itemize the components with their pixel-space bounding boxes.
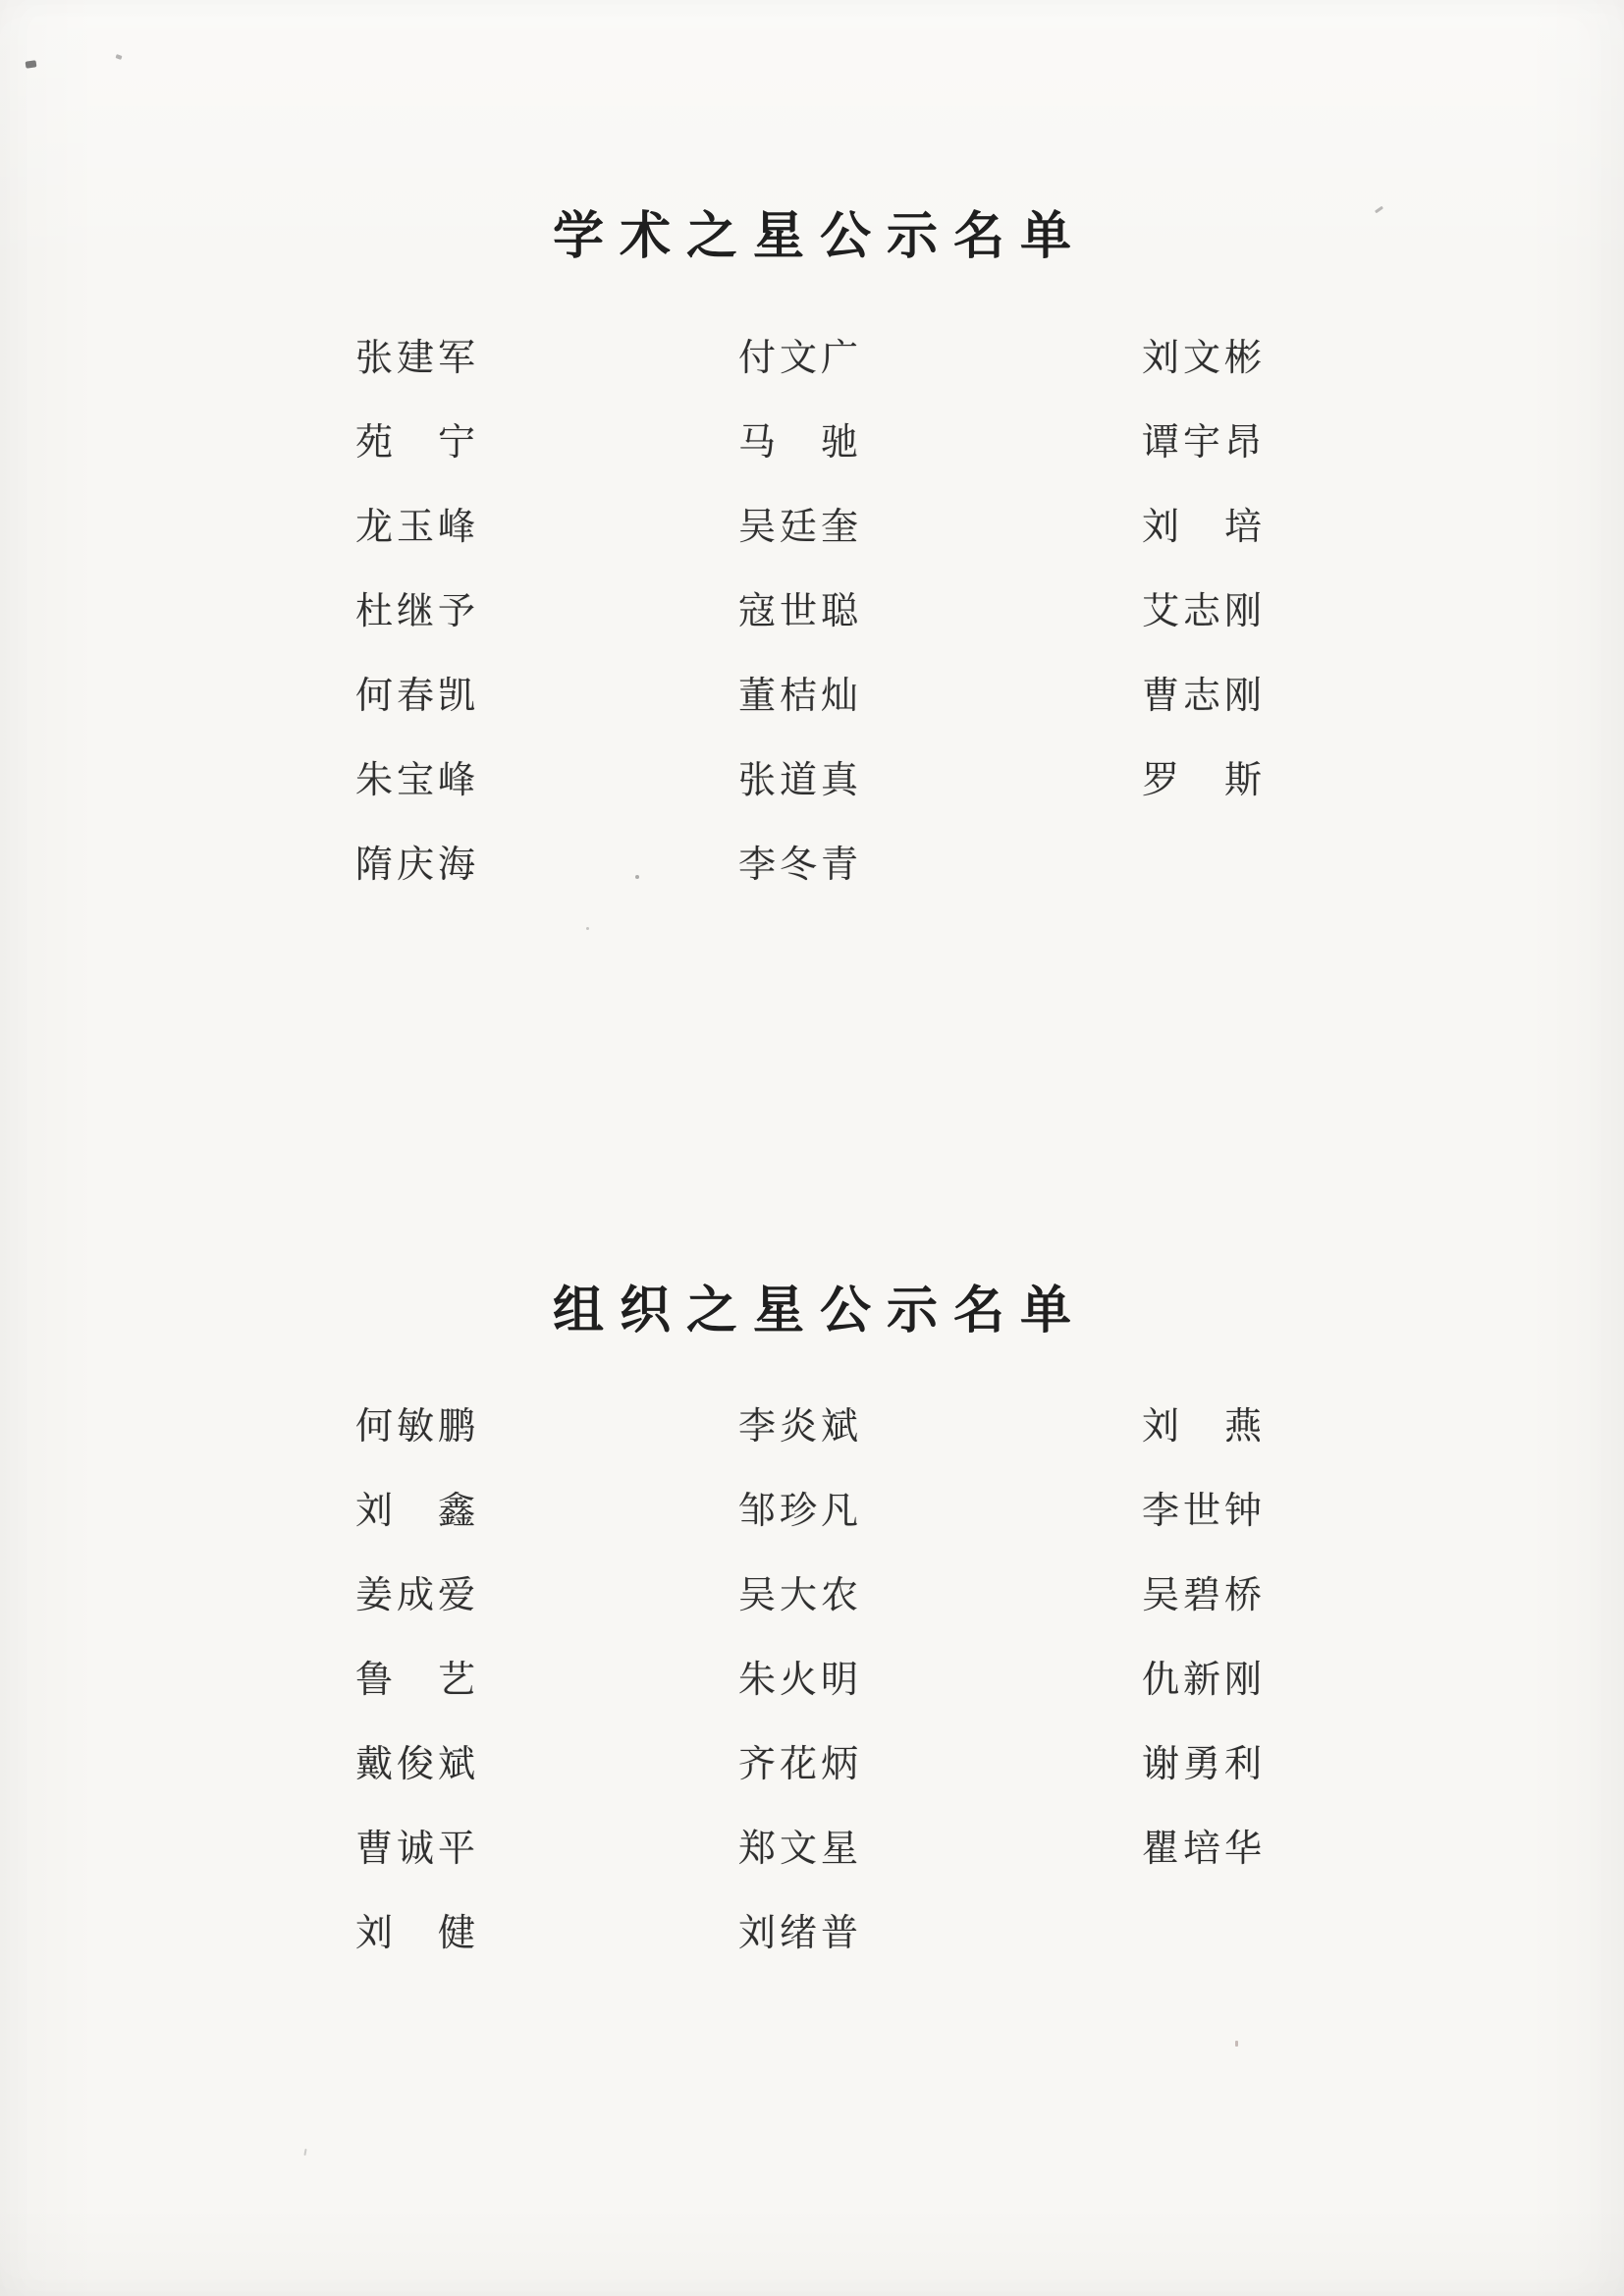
name-cell: 吴大农: [738, 1554, 866, 1638]
academic-star-column-2: 付文广马驰吴廷奎寇世聪董桔灿张道真李冬青: [738, 316, 866, 907]
name-cell: [1142, 823, 1270, 907]
academic-star-column-1: 张建军苑宁龙玉峰杜继予何春凯朱宝峰隋庆海: [355, 316, 483, 907]
person-name: 鲁艺: [355, 1662, 475, 1699]
person-name: 郑文星: [738, 1831, 858, 1868]
name-cell: 朱宝峰: [355, 738, 483, 823]
name-cell: 李炎斌: [738, 1385, 866, 1469]
name-cell: 吴廷奎: [738, 485, 866, 570]
person-name: 刘燕: [1142, 1408, 1262, 1446]
person-name: 朱火明: [738, 1662, 858, 1699]
person-name: 董桔灿: [738, 678, 858, 715]
name-cell: 刘绪普: [738, 1891, 866, 1976]
person-name: 刘健: [355, 1915, 475, 1952]
scan-speck: [1235, 2041, 1238, 2047]
organization-star-column-1: 何敏鹏刘鑫姜成爱鲁艺戴俊斌曹诚平刘健: [355, 1385, 483, 1976]
name-cell: 李冬青: [738, 823, 866, 907]
person-name: 戴俊斌: [355, 1746, 475, 1783]
academic-star-column-3: 刘文彬谭宇昂刘培艾志刚曹志刚罗斯: [1142, 316, 1270, 907]
person-name: 曹诚平: [355, 1831, 475, 1868]
person-name: 艾志刚: [1142, 593, 1262, 630]
person-name: 刘绪普: [738, 1915, 858, 1952]
person-name: 谢勇利: [1142, 1746, 1262, 1783]
name-cell: 董桔灿: [738, 654, 866, 738]
name-cell: 何敏鹏: [355, 1385, 483, 1469]
name-cell: 郑文星: [738, 1807, 866, 1891]
name-cell: 谭宇昂: [1142, 401, 1270, 485]
person-name: 吴大农: [738, 1577, 858, 1614]
person-name: 寇世聪: [738, 593, 858, 630]
scan-speck: [26, 60, 37, 68]
name-cell: 鲁艺: [355, 1638, 483, 1722]
name-cell: 刘鑫: [355, 1469, 483, 1554]
person-name: 李炎斌: [738, 1408, 858, 1446]
name-cell: 杜继予: [355, 570, 483, 654]
section-title-organization-star: 组织之星公示名单: [0, 1269, 1624, 1342]
person-name: 刘文彬: [1142, 340, 1262, 377]
person-name: 何春凯: [355, 678, 475, 715]
name-cell: 瞿培华: [1142, 1807, 1270, 1891]
person-name: 曹志刚: [1142, 678, 1262, 715]
scan-speck: [635, 875, 639, 879]
name-cell: 谢勇利: [1142, 1722, 1270, 1807]
person-name: 龙玉峰: [355, 509, 475, 546]
name-cell: 戴俊斌: [355, 1722, 483, 1807]
scan-speck: [586, 927, 589, 930]
name-cell: 曹志刚: [1142, 654, 1270, 738]
name-cell: 何春凯: [355, 654, 483, 738]
person-name: 朱宝峰: [355, 762, 475, 799]
scan-speck: [303, 2149, 306, 2156]
person-name: 瞿培华: [1142, 1831, 1262, 1868]
name-cell: 寇世聪: [738, 570, 866, 654]
name-cell: 张建军: [355, 316, 483, 401]
name-cell: 隋庆海: [355, 823, 483, 907]
person-name: 邹珍凡: [738, 1493, 858, 1530]
name-cell: 仇新刚: [1142, 1638, 1270, 1722]
person-name: 张建军: [355, 340, 475, 377]
name-cell: 罗斯: [1142, 738, 1270, 823]
person-name: 杜继予: [355, 593, 475, 630]
person-name: 谭宇昂: [1142, 424, 1262, 462]
person-name: 马驰: [738, 424, 858, 462]
name-cell: 齐花炳: [738, 1722, 866, 1807]
person-name: 付文广: [738, 340, 858, 377]
name-cell: 刘健: [355, 1891, 483, 1976]
name-cell: 朱火明: [738, 1638, 866, 1722]
person-name: 李世钟: [1142, 1493, 1262, 1530]
person-name: 张道真: [738, 762, 858, 799]
name-cell: 邹珍凡: [738, 1469, 866, 1554]
name-cell: 付文广: [738, 316, 866, 401]
name-cell: 刘培: [1142, 485, 1270, 570]
name-cell: 龙玉峰: [355, 485, 483, 570]
person-name: 罗斯: [1142, 762, 1262, 799]
name-cell: 姜成爱: [355, 1554, 483, 1638]
person-name: 仇新刚: [1142, 1662, 1262, 1699]
name-cell: 刘文彬: [1142, 316, 1270, 401]
scanned-page: 学术之星公示名单 张建军苑宁龙玉峰杜继予何春凯朱宝峰隋庆海 付文广马驰吴廷奎寇世…: [0, 0, 1624, 2296]
name-cell: 曹诚平: [355, 1807, 483, 1891]
name-cell: 吴碧桥: [1142, 1554, 1270, 1638]
person-name: 刘鑫: [355, 1493, 475, 1530]
name-cell: 艾志刚: [1142, 570, 1270, 654]
scan-speck: [115, 54, 122, 60]
name-cell: 刘燕: [1142, 1385, 1270, 1469]
name-cell: [1142, 1891, 1270, 1976]
person-name: 隋庆海: [355, 847, 475, 884]
person-name: 何敏鹏: [355, 1408, 475, 1446]
name-cell: 苑宁: [355, 401, 483, 485]
person-name: 李冬青: [738, 847, 858, 884]
name-cell: 张道真: [738, 738, 866, 823]
organization-star-column-2: 李炎斌邹珍凡吴大农朱火明齐花炳郑文星刘绪普: [738, 1385, 866, 1976]
person-name: 吴廷奎: [738, 509, 858, 546]
person-name: 齐花炳: [738, 1746, 858, 1783]
person-name: 姜成爱: [355, 1577, 475, 1614]
person-name: 苑宁: [355, 424, 475, 462]
person-name: 刘培: [1142, 509, 1262, 546]
name-cell: 马驰: [738, 401, 866, 485]
organization-star-column-3: 刘燕李世钟吴碧桥仇新刚谢勇利瞿培华: [1142, 1385, 1270, 1976]
person-name: 吴碧桥: [1142, 1577, 1262, 1614]
name-cell: 李世钟: [1142, 1469, 1270, 1554]
